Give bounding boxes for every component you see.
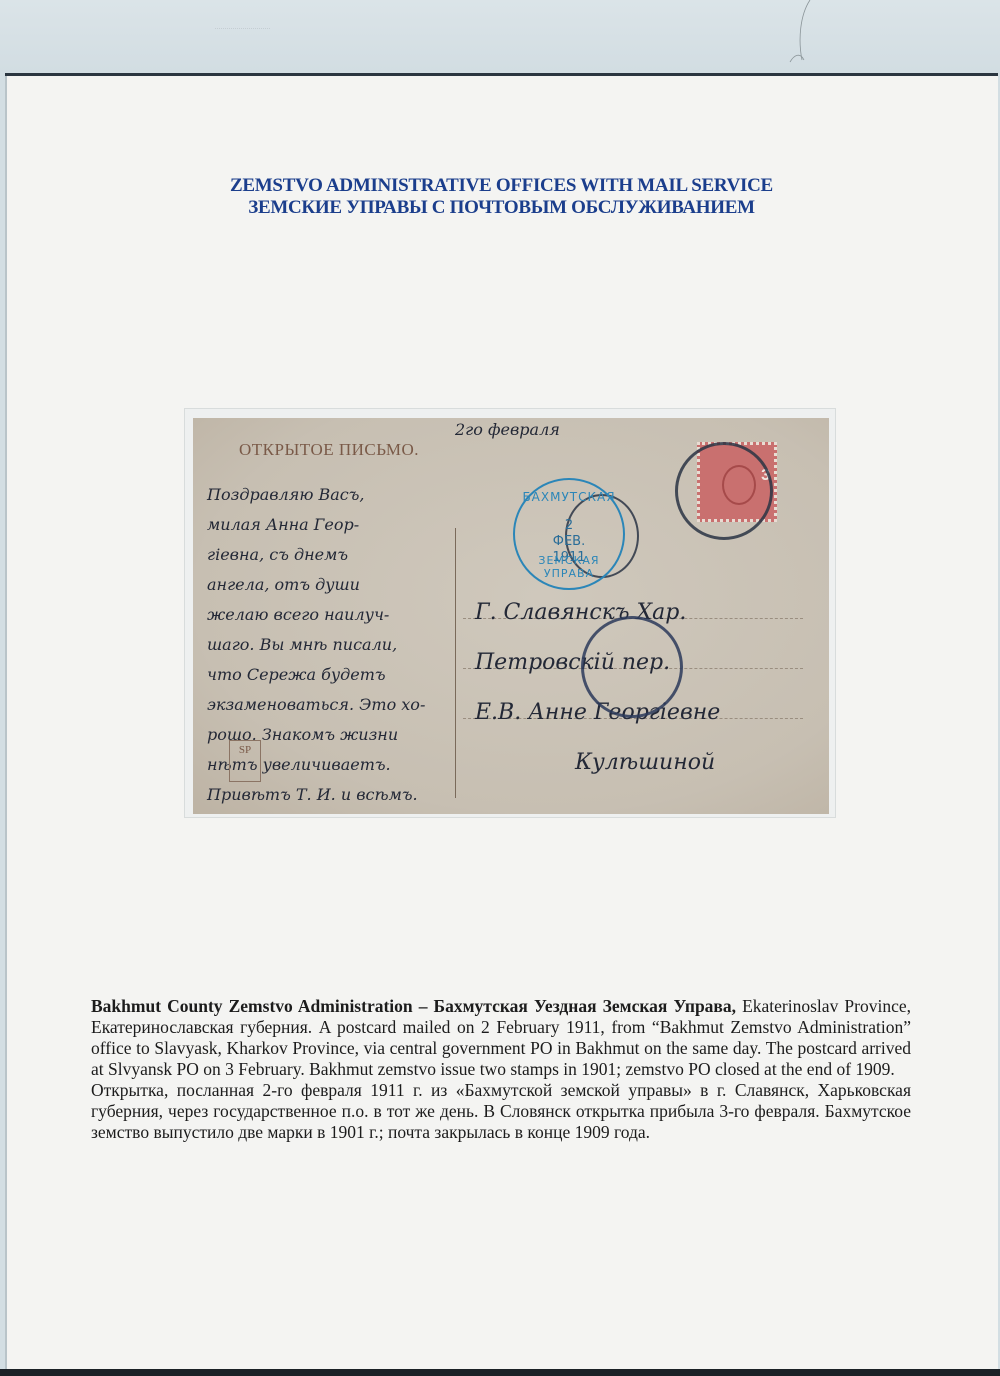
message-line: шаго. Вы мнѣ писали, bbox=[207, 630, 425, 660]
message-line: милая Анна Геор- bbox=[207, 510, 425, 540]
exhibit-description: Bakhmut County Zemstvo Administration – … bbox=[91, 996, 911, 1143]
faint-pencil-mark bbox=[215, 28, 270, 39]
zemstvo-stamp-bottom-text: ЗЕМСКАЯ УПРАВА bbox=[515, 554, 623, 580]
publisher-logo: SP bbox=[229, 740, 261, 782]
description-english: Bakhmut County Zemstvo Administration – … bbox=[91, 996, 911, 1080]
stamp-month: ФЕВ. bbox=[515, 534, 623, 550]
zemstvo-cancel-stamp: БАХМУТСКАЯ 2 ФЕВ. 1911 ЗЕМСКАЯ УПРАВА bbox=[513, 478, 625, 590]
pencil-scribble-icon bbox=[760, 0, 820, 72]
postmark-cancel-icon bbox=[675, 442, 773, 540]
message-line: что Сережа будетъ bbox=[207, 660, 425, 690]
message-line: Поздравляю Васъ, bbox=[207, 480, 425, 510]
address-text: Кулѣшиной bbox=[475, 738, 720, 788]
album-page: ZEMSTVO ADMINISTRATIVE OFFICES WITH MAIL… bbox=[5, 73, 998, 1372]
postcard-mount: ОТКРЫТОЕ ПИСЬМО. 2го февраля Поздравляю … bbox=[185, 409, 835, 817]
message-line: желаю всего наилуч- bbox=[207, 600, 425, 630]
handwritten-date: 2го февраля bbox=[455, 420, 560, 439]
description-russian: Открытка, посланная 2-го февраля 1911 г.… bbox=[91, 1080, 911, 1143]
stamp-day: 2 bbox=[515, 518, 623, 534]
zemstvo-stamp-top-text: БАХМУТСКАЯ bbox=[515, 490, 623, 504]
message-line: гіевна, съ днемъ bbox=[207, 540, 425, 570]
postcard-printed-heading: ОТКРЫТОЕ ПИСЬМО. bbox=[239, 440, 419, 460]
page-title-russian: ЗЕМСКИЕ УПРАВЫ С ПОЧТОВЫМ ОБСЛУЖИВАНИЕМ bbox=[5, 197, 998, 219]
scanner-background-strip bbox=[0, 0, 1000, 72]
page-title-english: ZEMSTVO ADMINISTRATIVE OFFICES WITH MAIL… bbox=[5, 175, 998, 197]
postcard-image: ОТКРЫТОЕ ПИСЬМО. 2го февраля Поздравляю … bbox=[193, 418, 829, 814]
message-line: ангела, отъ души bbox=[207, 570, 425, 600]
arrival-postmark-icon bbox=[581, 616, 683, 718]
postcard-divider bbox=[455, 528, 456, 798]
page-bottom-edge bbox=[0, 1369, 1000, 1376]
message-line: экзаменоваться. Это хо- bbox=[207, 690, 425, 720]
message-line: Привѣтъ Т. И. и всѣмъ. bbox=[207, 780, 425, 810]
page-title: ZEMSTVO ADMINISTRATIVE OFFICES WITH MAIL… bbox=[5, 175, 998, 219]
message-line: Ваша Валентина bbox=[207, 810, 425, 814]
description-lead: Bakhmut County Zemstvo Administration – … bbox=[91, 996, 736, 1016]
